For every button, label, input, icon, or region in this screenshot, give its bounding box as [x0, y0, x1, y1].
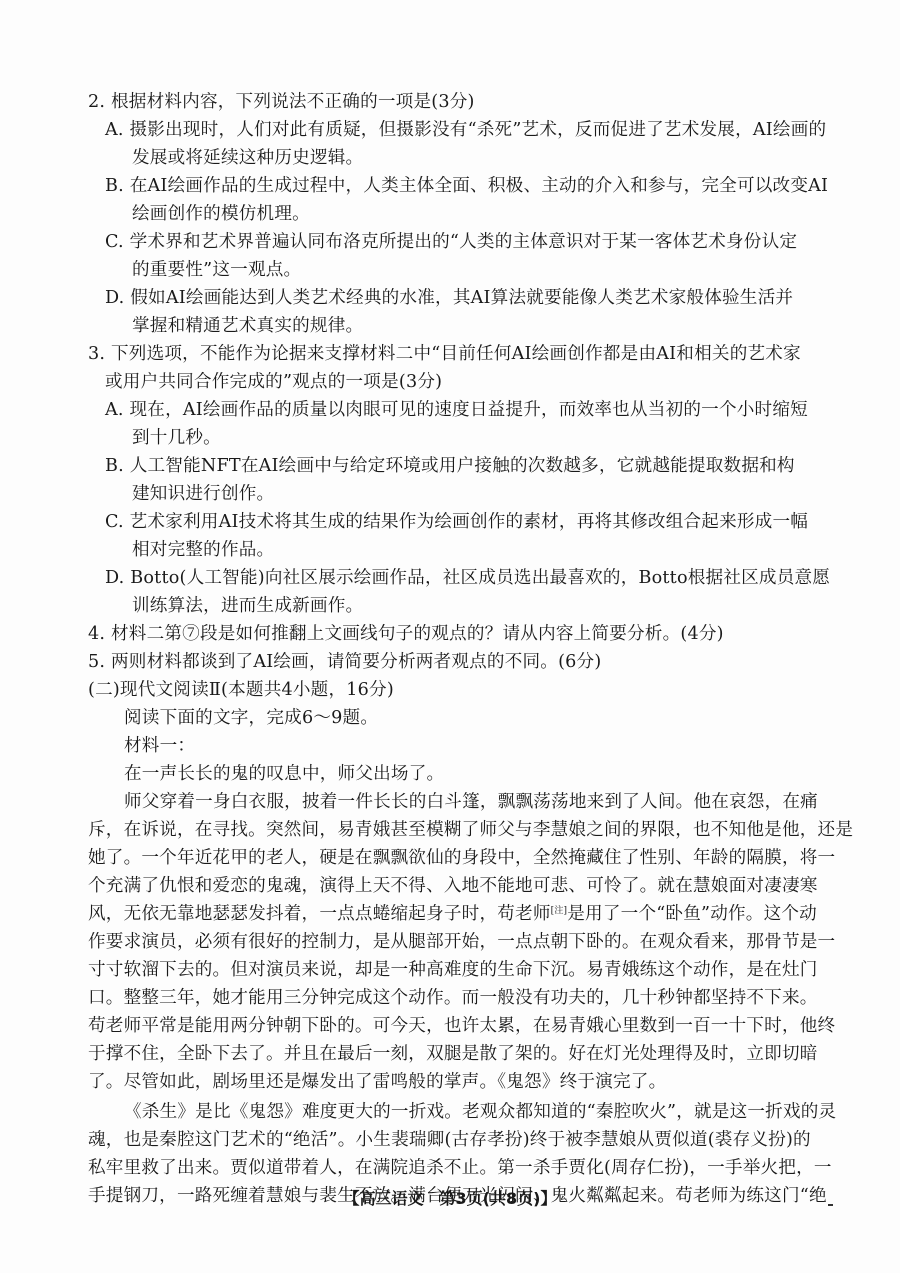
material-label: 材料一：: [124, 732, 195, 760]
section-2-title: (二)现代文阅读Ⅱ(本题共4小题，16分): [88, 676, 394, 704]
q2-option-d: D. 假如AI绘画能达到人类艺术经典的水准，其AI算法就要能像人类艺术家般体验生…: [105, 284, 793, 312]
q3-option-a-cont: 到十几秒。: [132, 424, 221, 452]
passage-p2-line: 口。整整三年，她才能用三分钟完成这个动作。而一般没有功夫的，几十秒钟都坚持不下来…: [88, 984, 818, 1012]
passage-p3-line: 《杀生》是比《鬼怨》难度更大的一折戏。老观众都知道的“秦腔吹火”，就是这一折戏的…: [124, 1098, 836, 1126]
passage-p3-line: 魂，也是秦腔这门艺术的“绝活”。小生裴瑞卿(古存孝扮)终于被李慧娘从贾似道(裘存…: [88, 1126, 811, 1154]
passage-p2-line: 斥，在诉说，在寻找。突然间，易青娥甚至模糊了师父与李慧娘之间的界限，也不知他是他…: [88, 816, 853, 844]
passage-text: 风，无依无靠地瑟瑟发抖着，一点点蜷缩起身子时，苟老师: [88, 904, 551, 924]
question-3-stem: 3. 下列选项，不能作为论据来支撑材料二中“目前任何AI绘画创作都是由AI和相关…: [88, 340, 801, 368]
q2-option-c: C. 学术界和艺术界普遍认同布洛克所提出的“人类的主体意识对于某一客体艺术身份认…: [105, 228, 797, 256]
q3-option-c-cont: 相对完整的作品。: [132, 536, 274, 564]
passage-p2-line: 寸寸软溜下去的。但对演员来说，却是一种高难度的生命下沉。易青娥练这个动作，是在灶…: [88, 956, 818, 984]
q3-option-b: B. 人工智能NFT在AI绘画中与给定环境或用户接触的次数越多，它就越能提取数据…: [105, 452, 795, 480]
scan-mark: [828, 1204, 833, 1206]
q3-option-d: D. Botto(人工智能)向社区展示绘画作品，社区成员选出最喜欢的，Botto…: [105, 564, 830, 592]
q2-option-d-cont: 掌握和精通艺术真实的规律。: [132, 312, 363, 340]
q3-option-d-cont: 训练算法，进而生成新画作。: [132, 592, 363, 620]
question-3-stem-cont: 或用户共同合作完成的”观点的一项是(3分): [105, 368, 442, 396]
passage-text: 是用了一个“卧鱼”动作。这个动: [567, 904, 817, 924]
passage-p3-line: 私牢里救了出来。贾似道带着人，在满院追杀不止。第一杀手贾化(周存仁扮)，一手举火…: [88, 1154, 832, 1182]
q3-option-c: C. 艺术家利用AI技术将其生成的结果作为绘画创作的素材，再将其修改组合起来形成…: [105, 508, 808, 536]
q2-option-c-cont: 的重要性”这一观点。: [132, 256, 301, 284]
footnote-marker: [注]: [551, 906, 568, 916]
question-2-stem: 2. 根据材料内容，下列说法不正确的一项是(3分): [88, 88, 475, 116]
question-5: 5. 两则材料都谈到了AI绘画，请简要分析两者观点的不同。(6分): [88, 648, 601, 676]
q2-option-b: B. 在AI绘画作品的生成过程中，人类主体全面、积极、主动的介入和参与，完全可以…: [105, 172, 828, 200]
q2-option-a-cont: 发展或将延续这种历史逻辑。: [132, 144, 363, 172]
section-2-instruction: 阅读下面的文字，完成6～9题。: [124, 704, 378, 732]
q2-option-a: A. 摄影出现时，人们对此有质疑，但摄影没有“杀死”艺术，反而促进了艺术发展，A…: [105, 116, 826, 144]
passage-p2-line: 风，无依无靠地瑟瑟发抖着，一点点蜷缩起身子时，苟老师[注]是用了一个“卧鱼”动作…: [88, 900, 817, 928]
q2-option-b-cont: 绘画创作的模仿机理。: [132, 200, 310, 228]
question-4: 4. 材料二第⑦段是如何推翻上文画线句子的观点的？请从内容上简要分析。(4分): [88, 620, 724, 648]
passage-p2-line: 于撑不住，全卧下去了。并且在最后一刻，双腿是散了架的。好在灯光处理得及时，立即切…: [88, 1040, 818, 1068]
page-footer: 【高三语文 第3页(共8页)】: [0, 1186, 900, 1209]
passage-p2-line: 个充满了仇恨和爱恋的鬼魂，演得上天不得、入地不能地可悲、可怜了。就在慧娘面对凄凄…: [88, 872, 818, 900]
passage-p2-line: 苟老师平常是能用两分钟朝下卧的。可今天，也许太累，在易青娥心里数到一百一十下时，…: [88, 1012, 835, 1040]
passage-p2-line: 她了。一个年近花甲的老人，硬是在飘飘欲仙的身段中，全然掩藏住了性别、年龄的隔膜，…: [88, 844, 835, 872]
passage-p2-line: 作要求演员，必须有很好的控制力，是从腿部开始，一点点朝下卧的。在观众看来，那骨节…: [88, 928, 835, 956]
passage-p1: 在一声长长的鬼的叹息中，师父出场了。: [124, 760, 444, 788]
passage-p2-line: 师父穿着一身白衣服，披着一件长长的白斗篷，飘飘荡荡地来到了人间。他在哀怨，在痛: [124, 788, 818, 816]
q3-option-b-cont: 建知识进行创作。: [132, 480, 274, 508]
q3-option-a: A. 现在，AI绘画作品的质量以肉眼可见的速度日益提升，而效率也从当初的一个小时…: [105, 396, 808, 424]
passage-p2-line: 了。尽管如此，剧场里还是爆发出了雷鸣般的掌声。《鬼怨》终于演完了。: [88, 1068, 666, 1096]
